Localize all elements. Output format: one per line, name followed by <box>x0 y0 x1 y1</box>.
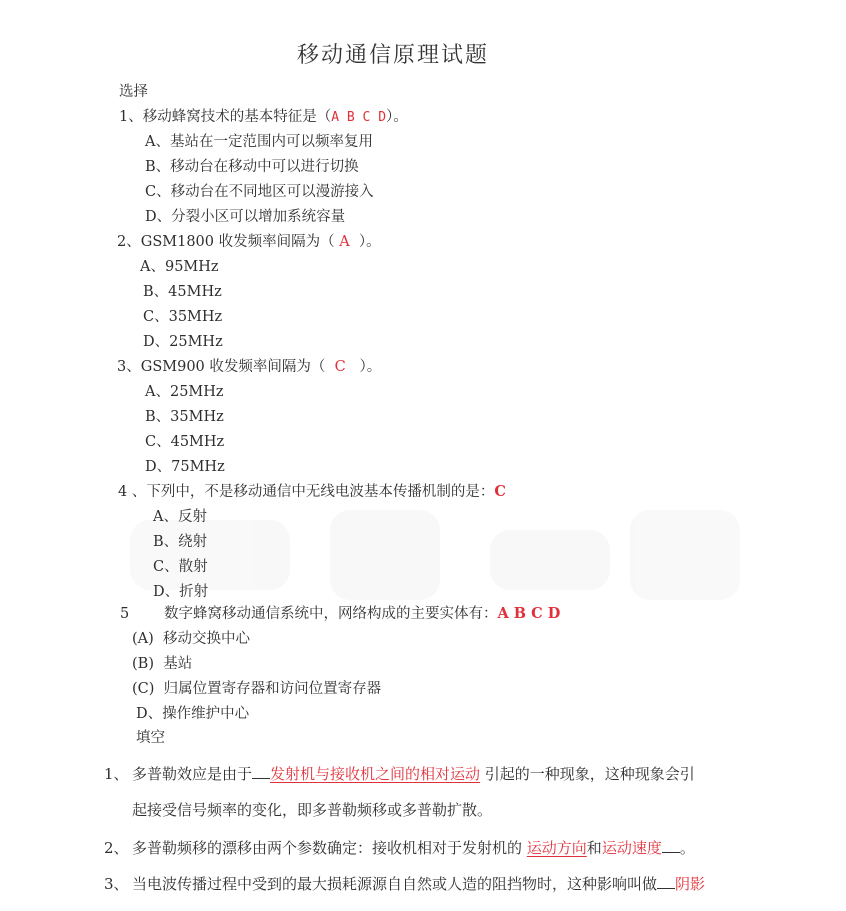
option-text: D、折射 <box>153 584 208 600</box>
question-text-end: 引起的一种现象，这种现象会引 <box>480 765 695 783</box>
question-text: 当电波传播过程中受到的最大损耗源源自自然或人造的阻挡物时，这种影响叫做 <box>132 875 657 893</box>
question-stem: 移动蜂窝技术的基本特征是（ <box>143 109 332 125</box>
question-1-option-b: B、移动台在移动中可以进行切换 <box>145 157 359 177</box>
fill-question-3: 3、当电波传播过程中受到的最大损耗源源自自然或人造的阻挡物时，这种影响叫做阴影 <box>104 874 705 894</box>
question-5-option-d: D、操作维护中心 <box>136 704 249 724</box>
question-3-option-c: C、45MHz <box>145 432 224 452</box>
option-text: (A) 移动交换中心 <box>132 631 250 647</box>
option-text: D、75MHz <box>145 459 225 475</box>
option-text: C、散射 <box>153 559 208 575</box>
option-text: (C) 归属位置寄存器和访问位置寄存器 <box>132 681 381 697</box>
choice-heading-text: 选择 <box>119 84 148 100</box>
question-number: 2、 <box>117 234 141 250</box>
question-4-option-d: D、折射 <box>153 582 208 602</box>
question-number: 4 、 <box>118 484 146 500</box>
question-stem: 下列中，不是移动通信中无线电波基本传播机制的是： <box>146 484 494 500</box>
answer-text: A <box>339 234 349 250</box>
answer-text: A B C D <box>331 110 386 125</box>
answer-text: 发射机与接收机之间的相对运动 <box>270 765 480 783</box>
option-text: A、反射 <box>153 509 207 525</box>
question-number: 3、 <box>117 359 141 375</box>
section-heading-choice: 选择 <box>119 82 148 102</box>
question-2-option-c: C、35MHz <box>143 307 222 327</box>
question-text-middle: 和 <box>587 839 602 857</box>
question-stem-end: ）。 <box>386 109 408 125</box>
question-stem: GSM1800 收发频率间隔为（ <box>141 234 339 250</box>
faint-watermark <box>130 500 750 610</box>
question-stem-end: ）。 <box>350 234 381 250</box>
question-4-stem: 4 、下列中，不是移动通信中无线电波基本传播机制的是：C <box>118 482 506 502</box>
question-text: 多普勒频移的漂移由两个参数确定：接收机相对于发射机的 <box>132 839 527 857</box>
question-3-option-d: D、75MHz <box>145 457 225 477</box>
question-text: 多普勒效应是由于 <box>132 765 252 783</box>
question-text: 起接受信号频率的变化，即多普勒频移或多普勒扩散。 <box>132 801 492 819</box>
answer-text: C <box>494 483 506 500</box>
answer-text: 阴影 <box>675 875 705 893</box>
exam-page: 移动通信原理试题 选择 1、移动蜂窝技术的基本特征是（A B C D）。 A、基… <box>0 0 846 911</box>
question-1-option-c: C、移动台在不同地区可以漫游接入 <box>145 182 374 202</box>
question-4-option-a: A、反射 <box>153 507 207 527</box>
question-3-stem: 3、GSM900 收发频率间隔为（ C ）。 <box>117 357 381 377</box>
option-text: B、移动台在移动中可以进行切换 <box>145 159 359 175</box>
question-number: 2、 <box>104 838 132 858</box>
question-3-option-b: B、35MHz <box>145 407 224 427</box>
question-number: 1、 <box>104 764 132 784</box>
question-2-option-b: B、45MHz <box>143 282 222 302</box>
question-2-option-d: D、25MHz <box>143 332 223 352</box>
option-text: A、25MHz <box>145 384 224 400</box>
question-2-stem: 2、GSM1800 收发频率间隔为（ A ）。 <box>117 232 381 252</box>
question-number: 1、 <box>119 109 143 125</box>
option-text: C、35MHz <box>143 309 222 325</box>
answer-blank <box>252 764 270 779</box>
fill-heading-text: 填空 <box>136 730 165 746</box>
fill-question-1-continuation: 起接受信号频率的变化，即多普勒频移或多普勒扩散。 <box>132 800 492 820</box>
answer-text: A B C D <box>498 605 561 622</box>
answer-text-2: 运动速度 <box>602 839 662 857</box>
question-1-stem: 1、移动蜂窝技术的基本特征是（A B C D）。 <box>119 107 408 128</box>
question-5-option-b: (B) 基站 <box>132 654 192 674</box>
option-text: B、绕射 <box>153 534 207 550</box>
question-stem: GSM900 收发频率间隔为（ <box>141 359 335 375</box>
title-text: 移动通信原理试题 <box>297 38 489 69</box>
question-stem: 数字蜂窝移动通信系统中，网络构成的主要实体有： <box>164 606 498 622</box>
option-text: A、95MHz <box>140 259 219 275</box>
option-text: (B) 基站 <box>132 656 192 672</box>
option-text: C、移动台在不同地区可以漫游接入 <box>145 184 374 200</box>
option-text: B、35MHz <box>145 409 224 425</box>
question-4-option-b: B、绕射 <box>153 532 207 552</box>
option-text: A、基站在一定范围内可以频率复用 <box>145 134 373 150</box>
question-number: 5 <box>120 604 164 624</box>
question-stem-end: ）。 <box>346 359 382 375</box>
question-3-option-a: A、25MHz <box>145 382 224 402</box>
option-text: D、25MHz <box>143 334 223 350</box>
option-text: D、分裂小区可以增加系统容量 <box>145 209 345 225</box>
answer-text-1: 运动方向 <box>527 839 587 857</box>
question-1-option-a: A、基站在一定范围内可以频率复用 <box>145 132 373 152</box>
option-text: D、操作维护中心 <box>136 706 249 722</box>
question-4-option-c: C、散射 <box>153 557 208 577</box>
question-5-option-a: (A) 移动交换中心 <box>132 629 250 649</box>
fill-question-1: 1、多普勒效应是由于发射机与接收机之间的相对运动 引起的一种现象，这种现象会引 <box>104 764 695 784</box>
option-text: B、45MHz <box>143 284 222 300</box>
question-5-stem: 5数字蜂窝移动通信系统中，网络构成的主要实体有：A B C D <box>120 604 560 624</box>
option-text: C、45MHz <box>145 434 224 450</box>
question-5-option-c: (C) 归属位置寄存器和访问位置寄存器 <box>132 679 381 699</box>
answer-blank <box>657 874 675 889</box>
question-1-option-d: D、分裂小区可以增加系统容量 <box>145 207 345 227</box>
question-text-end: 。 <box>680 839 695 857</box>
answer-blank <box>662 838 680 853</box>
question-number: 3、 <box>104 874 132 894</box>
fill-question-2: 2、多普勒频移的漂移由两个参数确定：接收机相对于发射机的 运动方向和运动速度。 <box>104 838 695 858</box>
section-heading-fill: 填空 <box>136 728 165 748</box>
page-title: 移动通信原理试题 <box>0 38 846 69</box>
answer-text: C <box>335 359 346 375</box>
question-2-option-a: A、95MHz <box>140 257 219 277</box>
